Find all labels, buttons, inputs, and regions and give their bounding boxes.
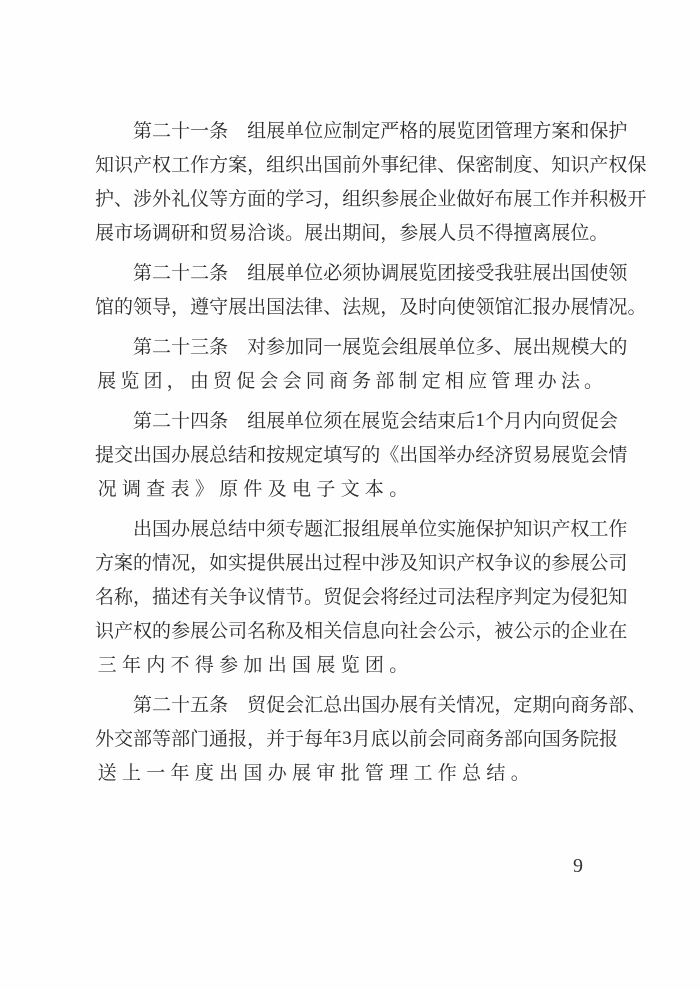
- text-line: 送上一年度出国办展审批管理工作总结。: [95, 760, 605, 786]
- text-line: 识产权的参展公司名称及相关信息向社会公示，被公示的企业在: [95, 618, 605, 644]
- text-line: 第二十一条 组展单位应制定严格的展览团管理方案和保护: [95, 118, 605, 144]
- text-line: 况调查表》原件及电子文本。: [95, 476, 605, 502]
- text-line: 第二十二条 组展单位必须协调展览团接受我驻展出国使领: [95, 260, 605, 286]
- text-line: 方案的情况，如实提供展出过程中涉及知识产权争议的参展公司: [95, 550, 605, 576]
- text-line: 提交出国办展总结和按规定填写的《出国举办经济贸易展览会情: [95, 442, 605, 468]
- text-line: 第二十三条 对参加同一展览会组展单位多、展出规模大的: [95, 334, 605, 360]
- text-line: 护、涉外礼仪等方面的学习，组织参展企业做好布展工作并积极开: [95, 186, 605, 212]
- document-page: 第二十一条 组展单位应制定严格的展览团管理方案和保护知识产权工作方案，组织出国前…: [0, 0, 700, 989]
- text-line: 第二十四条 组展单位须在展览会结束后1个月内向贸促会: [95, 408, 605, 434]
- page-number: 9: [573, 855, 583, 878]
- text-line: 第二十五条 贸促会汇总出国办展有关情况，定期向商务部、: [95, 692, 605, 718]
- text-line: 展览团，由贸促会会同商务部制定相应管理办法。: [95, 368, 605, 394]
- text-line: 知识产权工作方案，组织出国前外事纪律、保密制度、知识产权保: [95, 152, 605, 178]
- text-line: 三年内不得参加出国展览团。: [95, 652, 605, 678]
- text-line: 外交部等部门通报，并于每年3月底以前会同商务部向国务院报: [95, 726, 605, 752]
- text-line: 名称，描述有关争议情节。贸促会将经过司法程序判定为侵犯知: [95, 584, 605, 610]
- text-line: 展市场调研和贸易洽谈。展出期间，参展人员不得擅离展位。: [95, 220, 605, 246]
- text-line: 出国办展总结中须专题汇报组展单位实施保护知识产权工作: [95, 516, 605, 542]
- text-line: 馆的领导，遵守展出国法律、法规，及时向使领馆汇报办展情况。: [95, 294, 605, 320]
